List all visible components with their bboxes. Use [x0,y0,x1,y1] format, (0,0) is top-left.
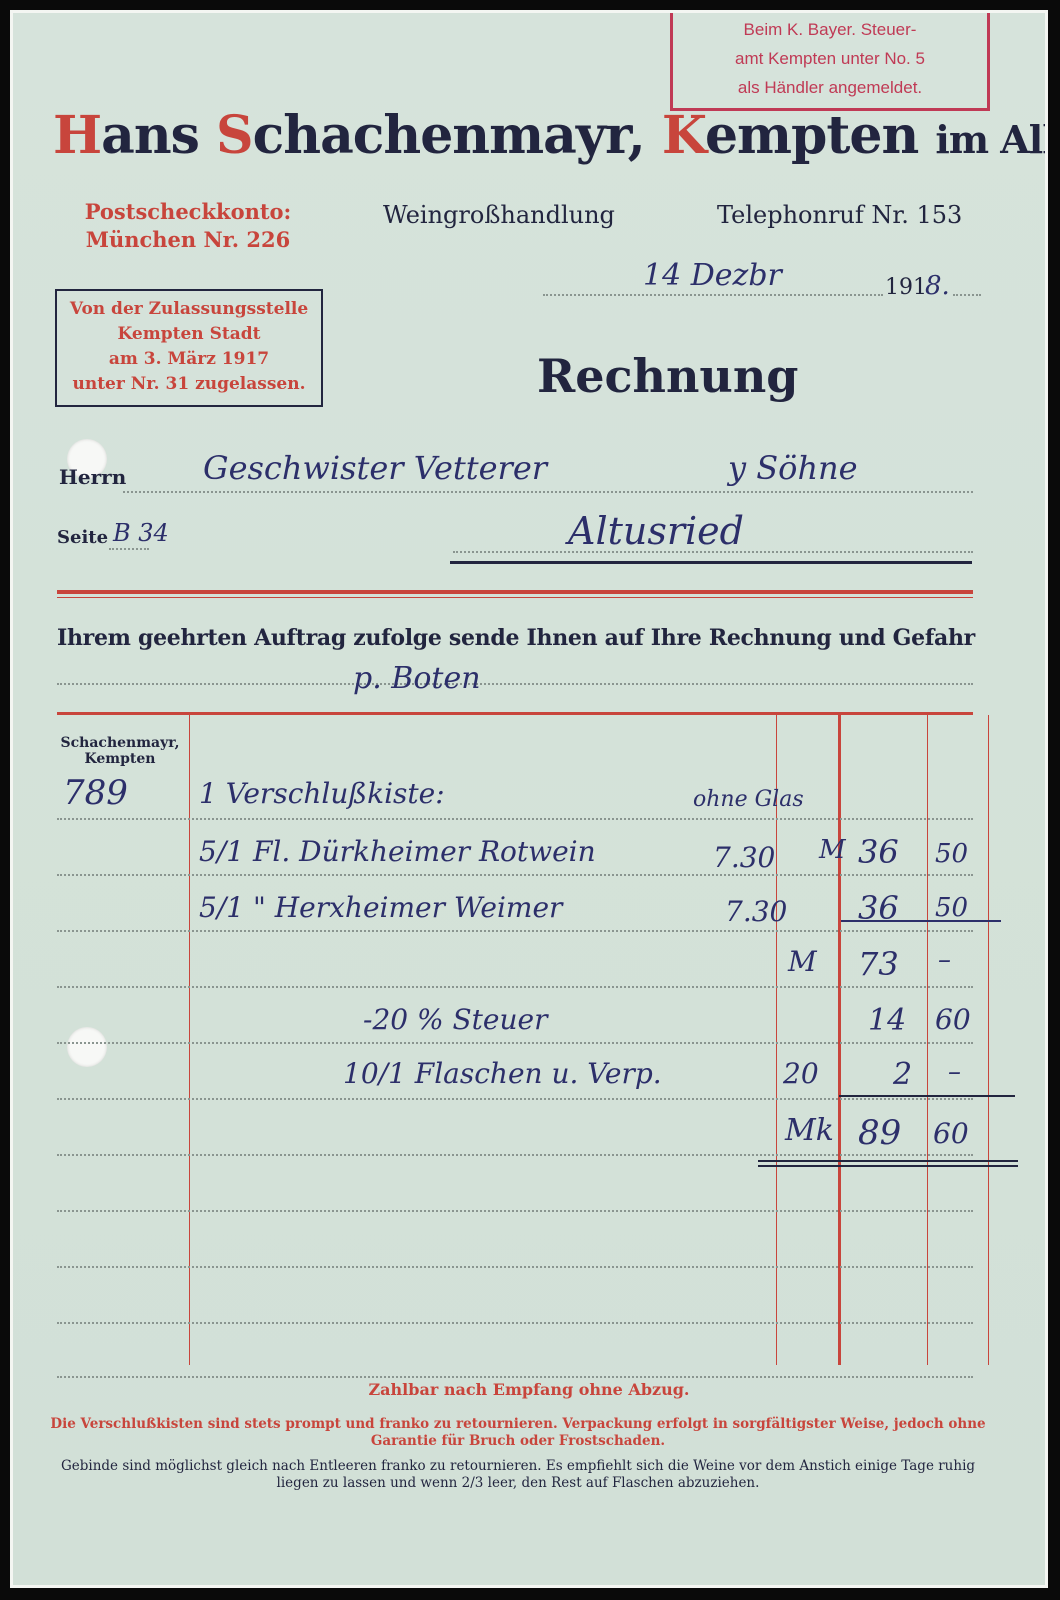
table-row-line [57,986,973,988]
invoice-document: Beim K. Bayer. Steuer- amt Kempten unter… [13,13,1045,1585]
firm-location: im Allgäu [935,117,1045,162]
left-column-header: Schachenmayr, Kempten [55,735,185,767]
reference-number-handwritten: 789 [63,773,128,813]
postscheck-number: München Nr. 226 [63,226,313,254]
row-6-description: 10/1 Flaschen u. Verp. [343,1057,662,1090]
intro-text: Ihrem geehrten Auftrag zufolge sende Ihn… [57,625,975,651]
firm-initial-k: K [662,105,705,166]
row-6-cents: – [948,1057,961,1087]
license-box: Von der Zulassungsstelle Kempten Stadt a… [55,289,323,407]
license-line: unter Nr. 31 zugelassen. [57,372,321,397]
firm-initial-s: S [216,105,253,166]
table-row-line [57,1042,973,1044]
column-header-line: Kempten [55,751,185,767]
table-top-rule [57,712,973,715]
date-handwritten: 14 Dezbr [643,258,782,293]
postscheck-account: Postscheckkonto: München Nr. 226 [63,198,313,254]
row-6-amount: 2 [893,1057,912,1092]
firm-name: Hans Schachenmayr, Kempten im Allgäu [53,105,1045,166]
row-5-amount: 14 [868,1003,906,1038]
firm-part: empten [705,105,935,166]
table-row-line [57,874,973,876]
year-prefix: 191 [885,275,927,300]
page-number-handwritten: B 34 [113,519,169,547]
row-1-note: ohne Glas [693,787,804,812]
table-row-line [57,1154,973,1156]
total-double-rule-bottom [758,1165,1018,1167]
tax-office-stamp: Beim K. Bayer. Steuer- amt Kempten unter… [670,13,990,111]
date-dotted-line [543,294,883,296]
date-dotted-line [953,294,981,296]
total-amount: 89 [858,1113,901,1153]
page-dotted-line [109,548,149,550]
column-divider-right [988,715,989,1365]
crates-notice: Die Verschlußkisten sind stets prompt un… [43,1416,993,1450]
barrels-notice: Gebinde sind möglichst gleich nach Entle… [43,1458,993,1492]
stamp-line: Beim K. Bayer. Steuer- [673,15,987,44]
table-row-line [57,1210,973,1212]
recipient-name-handwritten: Geschwister Vetterer [203,449,547,487]
table-row-line [57,818,973,820]
row-5-cents: 60 [935,1003,971,1036]
recipient-label: Herrn [59,465,126,489]
year-suffix-handwritten: 8. [925,271,950,301]
row-3-note: 7.30 [725,895,787,928]
table-row-line [57,1098,973,1100]
total-double-rule-top [758,1160,1018,1162]
row-2-amount: 36 [858,833,899,871]
business-type: Weingroßhandlung [383,201,615,229]
license-line: Kempten Stadt [57,322,321,347]
row-6-col-a: 20 [783,1057,819,1090]
recipient-dotted-line [123,491,973,493]
table-row-line [57,930,973,932]
red-rule-thin [57,597,973,598]
row-4-cents: – [938,945,951,975]
table-row-line [57,1322,973,1324]
stamp-line: als Händler angemeldet. [673,73,987,102]
telephone-number: Telephonruf Nr. 153 [717,201,962,229]
red-rule-thick [57,590,973,594]
license-line: am 3. März 1917 [57,347,321,372]
row-2-cents: 50 [935,839,968,869]
row-5-description: -20 % Steuer [363,1003,548,1036]
place-handwritten: Altusried [568,509,744,553]
license-line: Von der Zulassungsstelle [57,297,321,322]
total-rule [839,1095,1015,1097]
stamp-line: amt Kempten unter No. 5 [673,44,987,73]
document-title: Rechnung [537,349,798,403]
payment-terms: Zahlbar nach Empfang ohne Abzug. [13,1380,1045,1399]
page-label: Seite [57,527,108,548]
total-currency: Mk [785,1113,834,1148]
table-row-line [57,1266,973,1268]
shipment-handwritten: p. Boten [353,661,481,696]
subtotal-underline [841,920,1001,922]
row-2-description: 5/1 Fl. Dürkheimer Rotwein [199,835,596,868]
row-4-amount: 73 [858,945,899,983]
row-2-mark: M [819,835,846,865]
firm-initial-h: H [53,105,101,166]
table-row-line [57,1376,973,1378]
punch-hole [67,1027,107,1067]
row-1-description: 1 Verschlußkiste: [199,777,445,810]
total-cents: 60 [933,1117,969,1150]
postscheck-label: Postscheckkonto: [63,198,313,226]
address-underline [450,561,972,564]
row-3-cents: 50 [935,893,968,923]
row-4-currency: M [788,945,817,978]
firm-part: ans [101,105,216,166]
shipment-dotted-line [57,683,973,685]
column-header-line: Schachenmayr, [55,735,185,751]
row-3-description: 5/1 " Herxheimer Weimer [199,891,562,924]
firm-part: chachenmayr, [253,105,662,166]
recipient-suffix-handwritten: y Söhne [728,449,858,487]
row-2-note: 7.30 [713,841,775,874]
